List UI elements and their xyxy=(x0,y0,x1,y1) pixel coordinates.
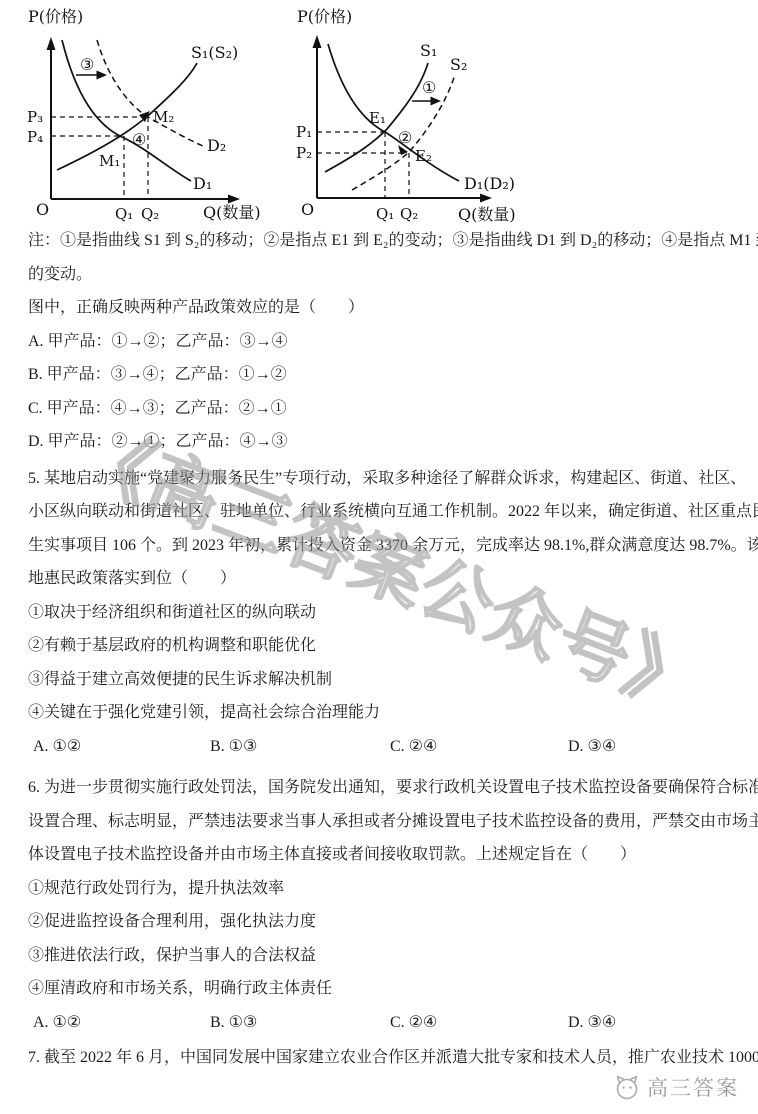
point-m2-label: M₂ xyxy=(153,108,174,126)
price-p4-label: P₄ xyxy=(27,128,43,146)
q6-stem-line-1: 6. 为进一步贯彻实施行政处罚法，国务院发出通知，要求行政机关设置电子技术监控设… xyxy=(28,771,730,805)
point-e1-label: E₁ xyxy=(369,109,386,127)
q6-option-b: B. ①③ xyxy=(210,1006,257,1040)
q6-option-d: D. ③④ xyxy=(568,1006,616,1040)
q5-statement-1: ①取决于经济组织和街道社区的纵向联动 xyxy=(28,596,730,630)
q6-statement-2: ②促进监控设备合理利用，强化执法力度 xyxy=(28,905,730,939)
q4-option-b: B. 甲产品：③→④；乙产品：①→② xyxy=(28,358,730,392)
q7-stem-line-1: 7. 截至 2022 年 6 月，中国同发展中国家建立农业合作区并派遣大批专家和… xyxy=(28,1041,730,1075)
demand1-label: D₁ xyxy=(193,174,212,193)
q5-statement-2: ②有赖于基层政府的机构调整和职能优化 xyxy=(28,629,730,663)
supply-label: S₁(S₂) xyxy=(191,43,238,62)
point-e2-label: E₂ xyxy=(415,147,432,165)
q5-option-c: C. ②④ xyxy=(390,730,437,764)
q6-option-a: A. ①② xyxy=(33,1006,81,1040)
q5-option-a: A. ①② xyxy=(33,730,81,764)
price-p1-label: P₁ xyxy=(296,123,312,141)
q6-stem-line-2: 设置合理、标志明显，严禁违法要求当事人承担或者分摊设置电子技术监控设备的费用，严… xyxy=(28,805,730,839)
move-badge: ② xyxy=(398,128,412,147)
x-axis-label: Q(数量) xyxy=(203,203,261,222)
figure-right-supply-demand: P(价格) Q(数量) O S₁ S₂ D₁(D₂) P₁ P₂ E₁ E₂ Q… xyxy=(296,6,536,228)
demand2-label: D₂ xyxy=(207,136,226,155)
y-axis-label: P(价格) xyxy=(297,7,352,26)
y-axis-arrow-icon xyxy=(47,37,56,50)
q4-option-c: C. 甲产品：④→③；乙产品：②→① xyxy=(28,392,730,426)
origin-label: O xyxy=(301,200,314,219)
q6-statement-1: ①规范行政处罚行为，提升执法效率 xyxy=(28,872,730,906)
demand-label: D₁(D₂) xyxy=(464,174,515,193)
corner-watermark: 高三答案 xyxy=(612,1072,739,1102)
x-axis-arrow-icon xyxy=(480,194,492,203)
shift-arrow-icon xyxy=(431,97,442,106)
q5-stem-line-1: 5. 某地启动实施“党建聚力服务民生”专项行动，采取多种途径了解群众诉求，构建起… xyxy=(28,462,730,496)
note-line-1: 注：①是指曲线 S1 到 S₂的移动；②是指点 E1 到 E₂的变动；③是指曲线… xyxy=(28,224,730,258)
note-line-2: 的变动。 xyxy=(28,258,730,292)
exam-page: 《高三答案公众号》 P(价格) Q(数量) O S₁(S₂) D₁ D₂ P₃ … xyxy=(0,0,758,1114)
q5-option-d: D. ③④ xyxy=(568,730,616,764)
quantity-q2-label: Q₂ xyxy=(141,205,159,223)
question-text-column: 注：①是指曲线 S1 到 S₂的移动；②是指点 E1 到 E₂的变动；③是指曲线… xyxy=(28,224,730,1075)
q5-stem-line-4: 地惠民政策落实到位（ ） xyxy=(28,562,730,596)
q5-stem-line-3: 生实事项目 106 个。到 2023 年初，累计投入资金 3370 余万元，完成… xyxy=(28,529,730,563)
q6-stem-line-3: 体设置电子技术监控设备并由市场主体直接或者间接收取罚款。上述规定旨在（ ） xyxy=(28,838,730,872)
shift-badge: ③ xyxy=(80,55,94,74)
q6-statement-3: ③推进依法行政，保护当事人的合法权益 xyxy=(28,939,730,973)
q4-option-d: D. 甲产品：②→①；乙产品：④→③ xyxy=(28,425,730,459)
q5-options-row: A. ①② B. ①③ C. ②④ D. ③④ xyxy=(28,730,730,764)
q5-stem-line-2: 小区纵向联动和街道社区、驻地单位、行业系统横向互通工作机制。2022 年以来，确… xyxy=(28,495,730,529)
q5-statement-4: ④关键在于强化党建引领，提高社会综合治理能力 xyxy=(28,696,730,730)
q5-statement-3: ③得益于建立高效便捷的民生诉求解决机制 xyxy=(28,663,730,697)
q5-option-b: B. ①③ xyxy=(210,730,257,764)
demand-curve-d2 xyxy=(97,40,203,146)
y-axis-label: P(价格) xyxy=(28,7,83,26)
y-axis-arrow-icon xyxy=(313,35,322,48)
price-p3-label: P₃ xyxy=(27,108,43,126)
point-m1-label: M₁ xyxy=(99,152,120,170)
origin-label: O xyxy=(36,200,49,219)
supply1-label: S₁ xyxy=(420,41,437,60)
q6-statement-4: ④厘清政府和市场关系，明确行政主体责任 xyxy=(28,972,730,1006)
quantity-q2-label: Q₂ xyxy=(400,205,418,223)
supply2-label: S₂ xyxy=(450,55,467,74)
corner-watermark-text: 高三答案 xyxy=(647,1072,739,1102)
q4-option-a: A. 甲产品：①→②；乙产品：③→④ xyxy=(28,325,730,359)
shift-badge: ① xyxy=(422,78,436,97)
price-p2-label: P₂ xyxy=(296,144,312,162)
quantity-q1-label: Q₁ xyxy=(376,205,394,223)
question-6: 6. 为进一步贯彻实施行政处罚法，国务院发出通知，要求行政机关设置电子技术监控设… xyxy=(28,771,730,1039)
q6-options-row: A. ①② B. ①③ C. ②④ D. ③④ xyxy=(28,1006,730,1040)
q6-option-c: C. ②④ xyxy=(390,1006,437,1040)
q4-stem: 图中，正确反映两种产品政策效应的是（ ） xyxy=(28,291,730,325)
question-5: 5. 某地启动实施“党建聚力服务民生”专项行动，采取多种途径了解群众诉求，构建起… xyxy=(28,462,730,764)
quantity-q1-label: Q₁ xyxy=(115,205,133,223)
figure-left-supply-demand: P(价格) Q(数量) O S₁(S₂) D₁ D₂ P₃ P₄ M₁ M₂ Q… xyxy=(14,6,266,228)
move-badge: ④ xyxy=(132,130,146,149)
question-7: 7. 截至 2022 年 6 月，中国同发展中国家建立农业合作区并派遣大批专家和… xyxy=(28,1041,730,1075)
shift-arrow-icon xyxy=(97,71,108,80)
demand-curve-d1d2 xyxy=(328,44,459,181)
cat-logo-icon xyxy=(612,1073,642,1101)
x-axis-label: Q(数量) xyxy=(458,205,516,224)
